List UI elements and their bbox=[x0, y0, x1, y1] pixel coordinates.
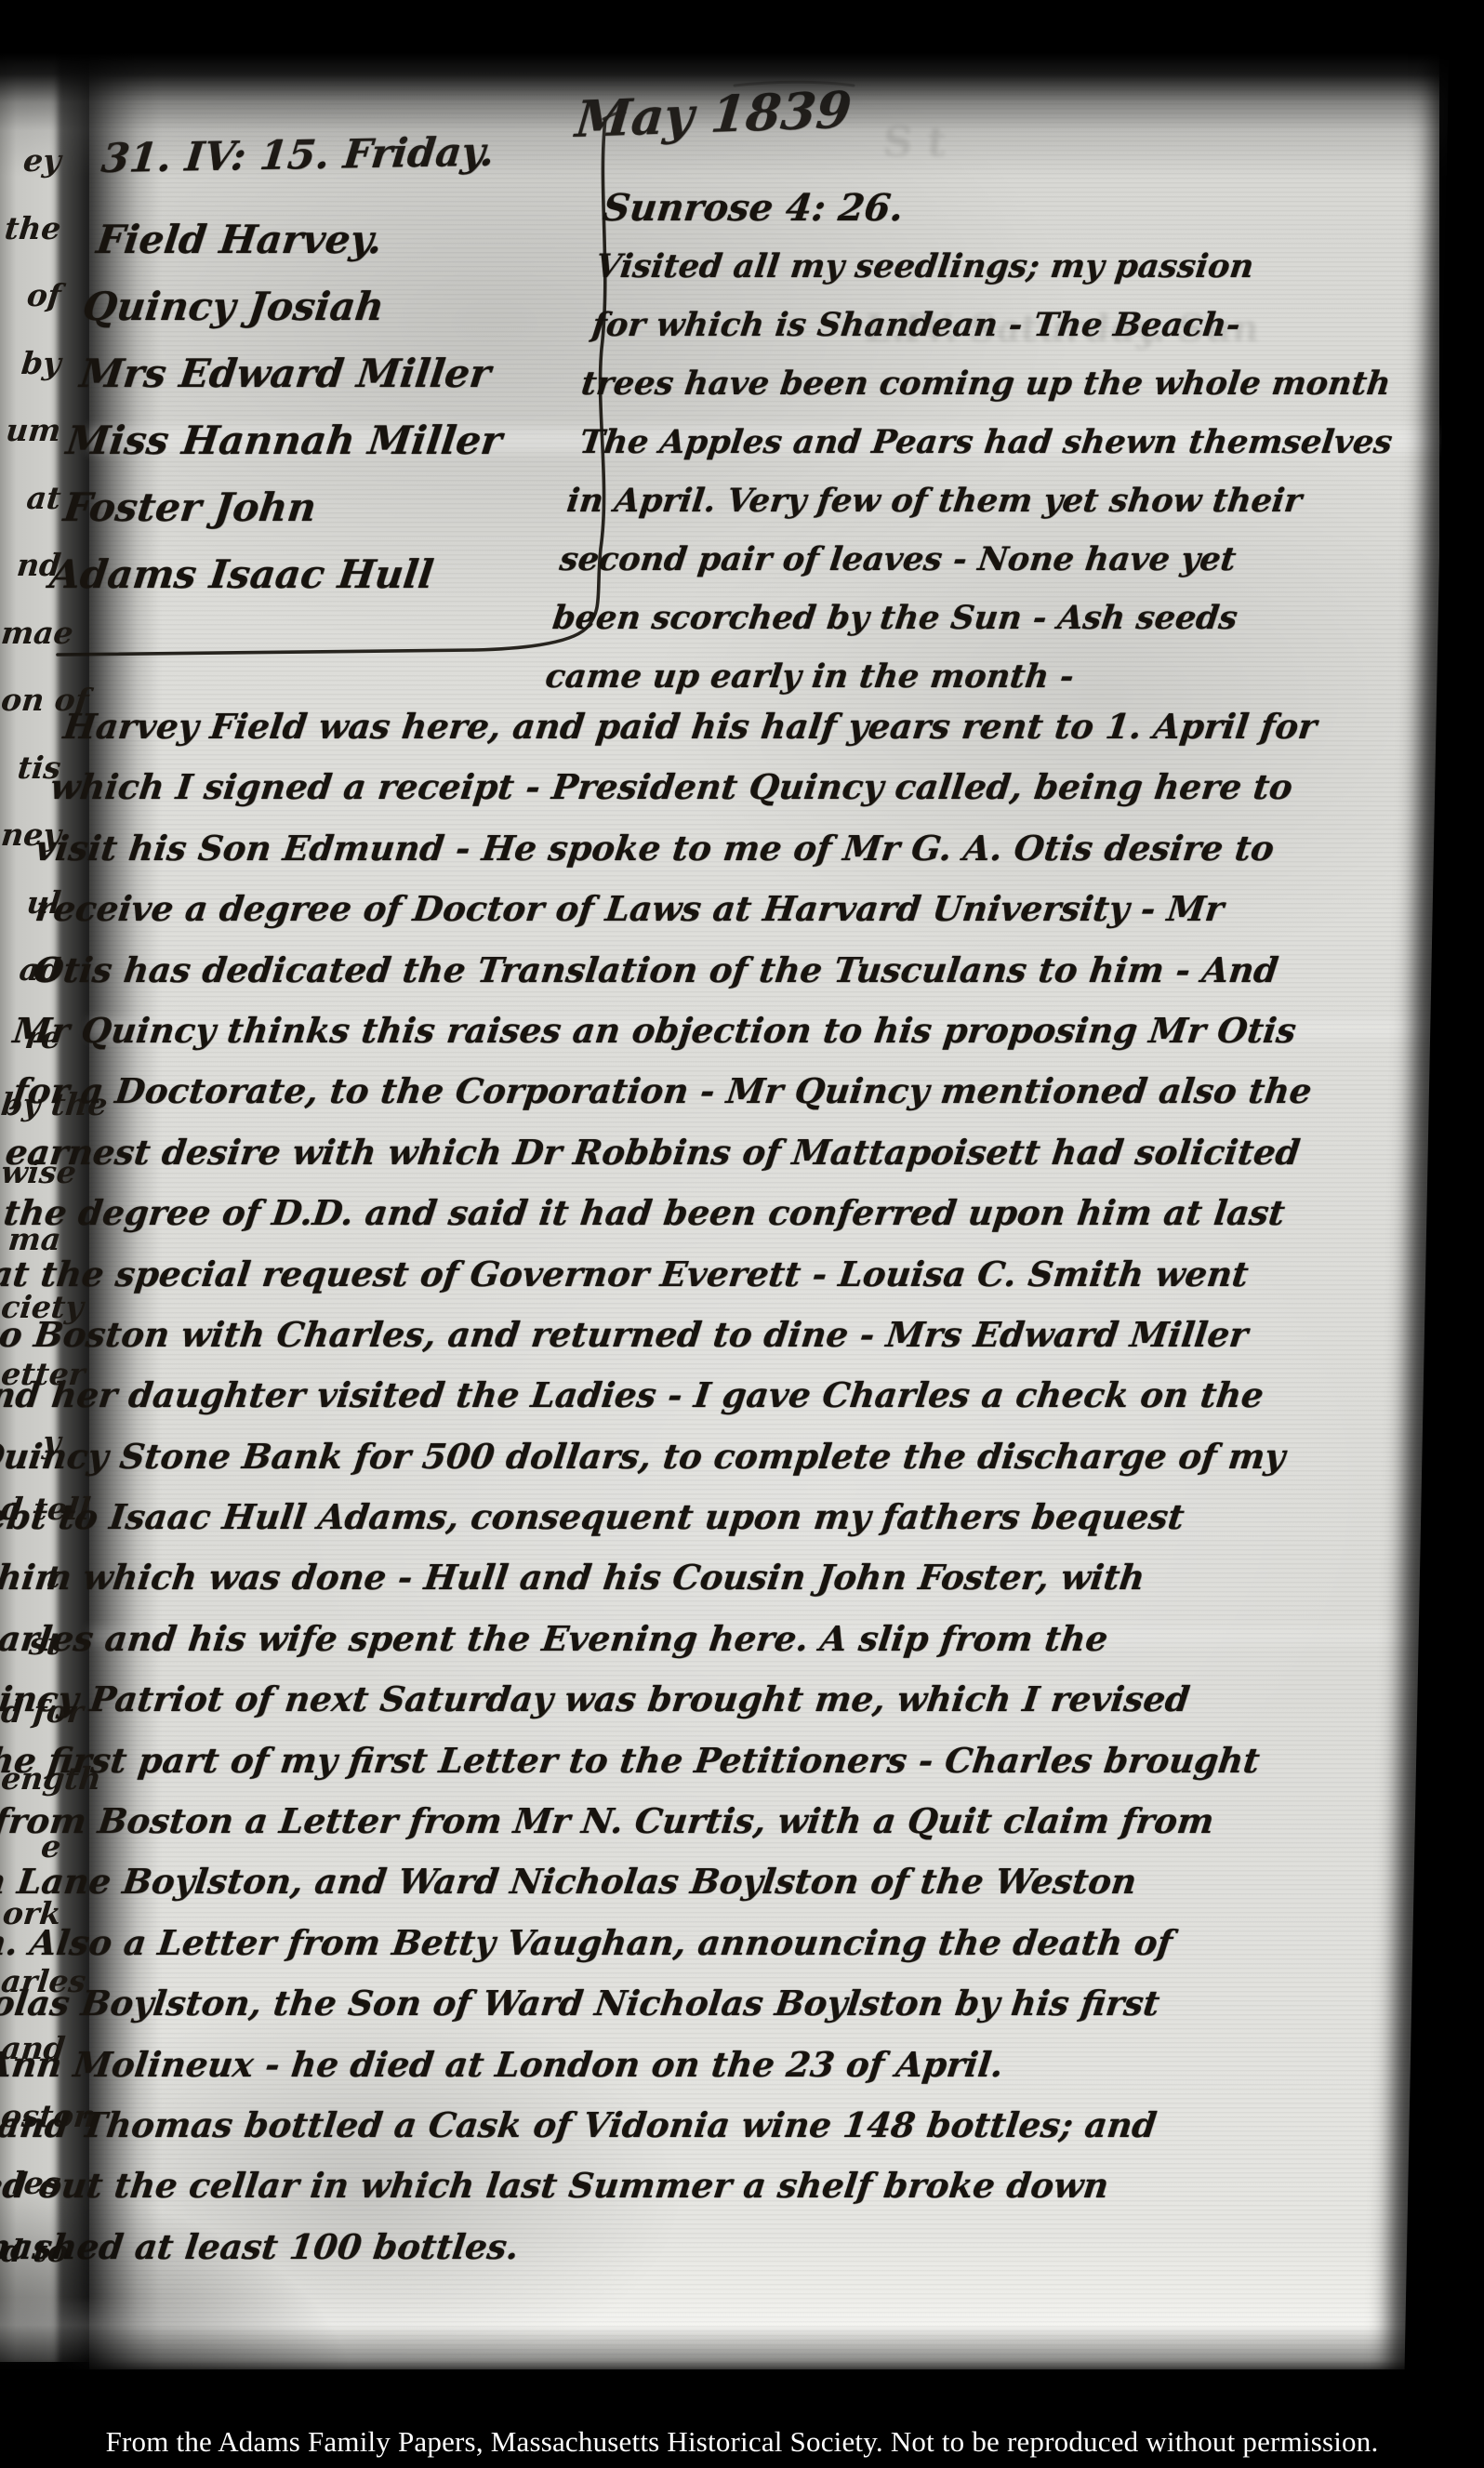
note-line: been scorched by the Sun - Ash seeds bbox=[549, 592, 1368, 651]
diary-page-scan: S t L.IV. Saturday. Sun eytheofbyumatndm… bbox=[0, 0, 1484, 2468]
margin-fragment: at bbox=[0, 477, 63, 545]
entry-line: Harvey Field was here, and paid his half… bbox=[60, 699, 1451, 760]
entry-line: and her daughter visited the Ladies - I … bbox=[0, 1368, 1356, 1428]
margin-fragment: ey bbox=[0, 139, 63, 207]
entry-line: to Boston with Charles, and returned to … bbox=[0, 1307, 1371, 1368]
entry-line: the degree of D.D. and said it had been … bbox=[0, 1186, 1391, 1246]
ink-bleedthrough-text: S t bbox=[881, 119, 948, 166]
entry-line: Nicholas Boylston, the Son of Ward Nicho… bbox=[0, 1976, 1288, 2037]
entry-line: me from Boston a Letter from Mr N. Curti… bbox=[0, 1794, 1310, 1854]
margin-fragment: the bbox=[0, 207, 63, 275]
entry-line: farm. Also a Letter from Betty Vaughan, … bbox=[0, 1916, 1301, 1976]
note-line: in April. Very few of them yet show thei… bbox=[563, 475, 1383, 534]
note-line: for which is Shandean - The Beach- bbox=[589, 299, 1408, 358]
date-line: 31. IV: 15. Friday. bbox=[99, 129, 497, 182]
entry-line: and smashed at least 100 bottles. bbox=[0, 2220, 1258, 2280]
entry-line: to him which was done - Hull and his Cou… bbox=[0, 1550, 1333, 1611]
entry-line: Kirke and Thomas bottled a Cask of Vidon… bbox=[0, 2098, 1265, 2158]
visitor-name: Mrs Edward Miller bbox=[75, 344, 519, 411]
margin-fragment: um bbox=[0, 409, 63, 477]
margin-fragment: on of bbox=[0, 679, 63, 747]
entry-line: receive a degree of Doctor of Laws at Ha… bbox=[32, 882, 1423, 942]
diary-entry-body: Harvey Field was here, and paid his half… bbox=[0, 699, 1445, 2280]
margin-fragment: of bbox=[0, 274, 63, 342]
entry-line: visit his Son Edmund - He spoke to me of… bbox=[32, 821, 1423, 882]
margin-fragment: mae bbox=[0, 612, 63, 680]
visitor-name: Miss Hannah Miller bbox=[62, 411, 506, 478]
entry-line: cleared out the cellar in which last Sum… bbox=[0, 2158, 1271, 2219]
archive-attribution-caption: From the Adams Family Papers, Massachuse… bbox=[0, 2425, 1484, 2459]
visitor-names-list: Field Harvey.Quincy JosiahMrs Edward Mil… bbox=[51, 210, 536, 612]
entry-line: John Lane Boylston, and Ward Nicholas Bo… bbox=[0, 1854, 1303, 1915]
sunrise-garden-note: Sunrose 4: 26.Visited all my seedlings; … bbox=[541, 182, 1418, 710]
entry-line: debt to Isaac Hull Adams, consequent upo… bbox=[0, 1490, 1348, 1550]
entry-line: Charles and his wife spent the Evening h… bbox=[0, 1612, 1333, 1672]
note-line: Sunrose 4: 26. bbox=[599, 182, 1418, 241]
entry-line: of the first part of my first Letter to … bbox=[0, 1733, 1311, 1794]
note-line: Visited all my seedlings; my passion bbox=[592, 241, 1411, 299]
note-line: second pair of leaves - None have yet bbox=[556, 534, 1375, 592]
entry-line: for a Doctorate, to the Corporation - Mr… bbox=[9, 1064, 1400, 1124]
visitor-name: Quincy Josiah bbox=[78, 277, 522, 344]
entry-line: Otis has dedicated the Translation of th… bbox=[30, 943, 1421, 1003]
margin-fragment: by bbox=[0, 342, 63, 410]
entry-line: Quincy Stone Bank for 500 dollars, to co… bbox=[0, 1429, 1361, 1490]
visitor-name: Foster John bbox=[60, 478, 503, 545]
visitor-name: Field Harvey. bbox=[92, 210, 536, 277]
visitor-name: Adams Isaac Hull bbox=[46, 545, 489, 612]
entry-line: wife Ann Molineux - he died at London on… bbox=[0, 2037, 1280, 2098]
note-line: trees have been coming up the whole mont… bbox=[577, 358, 1397, 417]
entry-line: Quincy Patriot of next Saturday was brou… bbox=[0, 1672, 1332, 1732]
entry-line: Mr Quincy thinks this raises an objectio… bbox=[9, 1003, 1400, 1064]
note-line: The Apples and Pears had shewn themselve… bbox=[576, 417, 1395, 475]
entry-line: which I signed a receipt - President Qui… bbox=[46, 760, 1438, 820]
entry-line: at the special request of Governor Evere… bbox=[0, 1247, 1378, 1307]
month-year-heading: May 1839 bbox=[573, 80, 854, 149]
entry-line: earnest desire with which Dr Robbins of … bbox=[2, 1125, 1393, 1186]
